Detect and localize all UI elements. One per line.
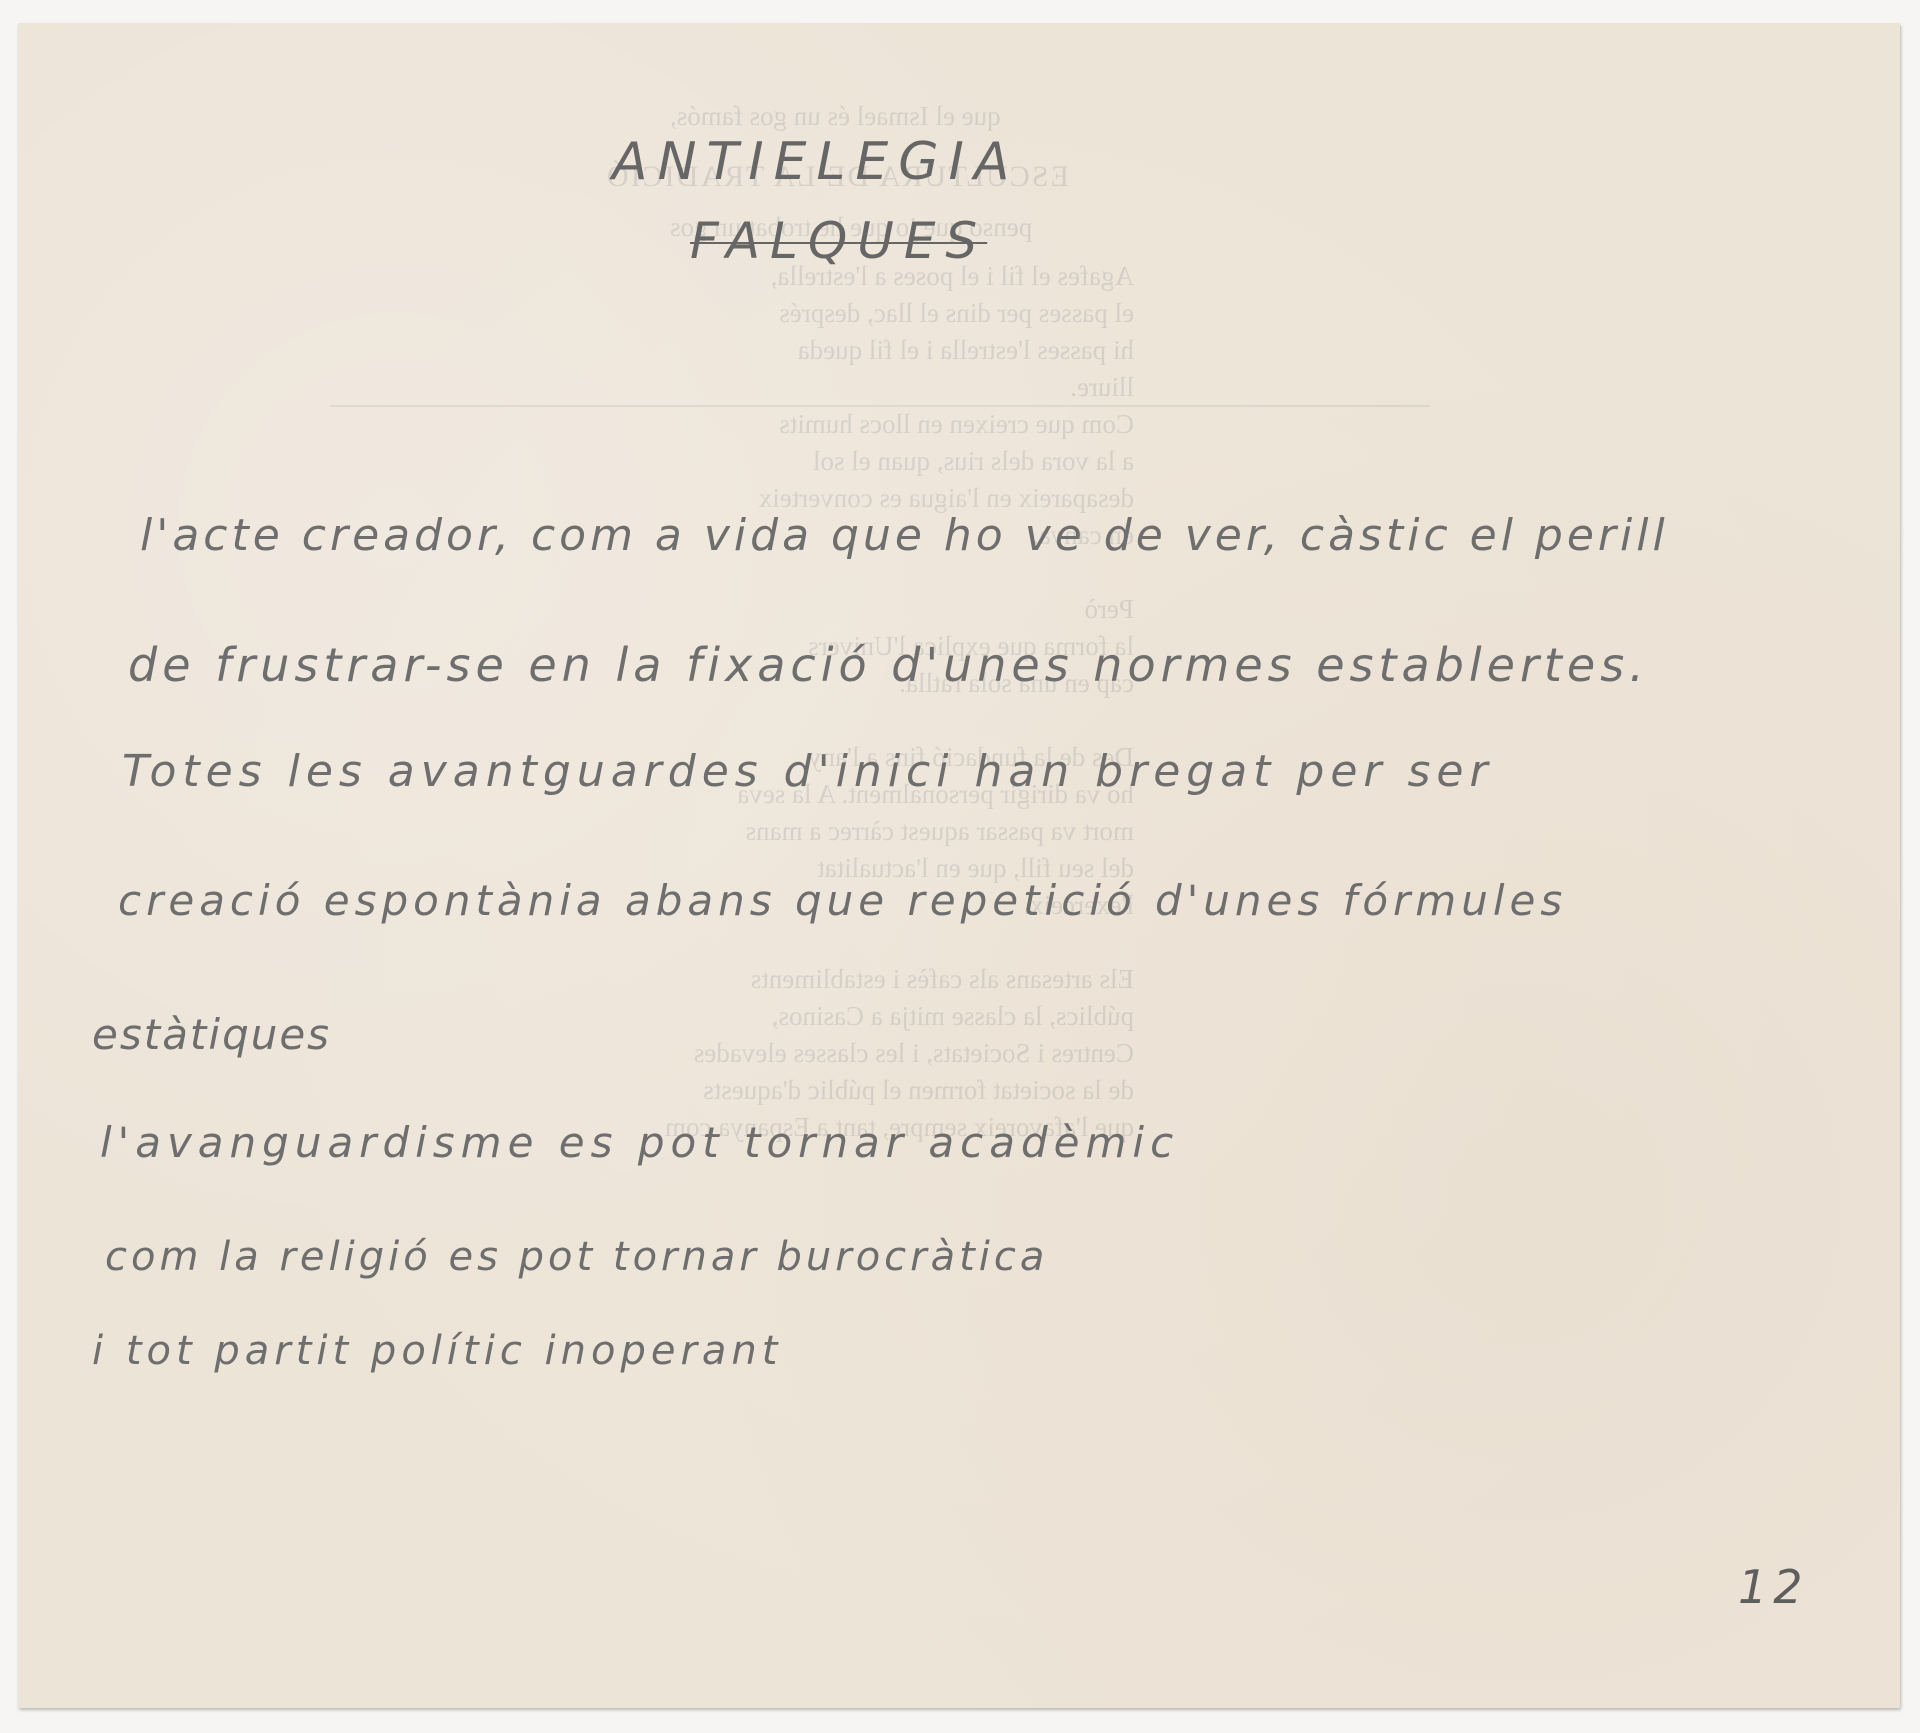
handwritten-line-4: creació espontània abans que repetició d…	[118, 876, 1567, 925]
handwritten-line-7: com la religió es pot tornar burocràtica	[105, 1234, 1048, 1280]
showthrough-line: hi passes l'estrella i el fil queda	[665, 332, 1134, 369]
showthrough-line: Centres i Societats, i les classes eleva…	[665, 1035, 1134, 1072]
showthrough-line: Com que creixen en llocs humits	[665, 406, 1134, 443]
showthrough-line	[665, 924, 1134, 961]
manuscript-struck-subtitle: FALQUES	[690, 212, 987, 270]
manuscript-title: ANTIELEGIA	[612, 132, 1019, 192]
handwritten-line-5: estàtiques	[92, 1010, 331, 1059]
showthrough-line: que el Ismael és un gos famós,	[670, 98, 1032, 135]
handwritten-line-3: Totes les avantguardes d'inici han brega…	[122, 746, 1494, 797]
showthrough-line: públics, la classe mitja a Casinos,	[665, 998, 1134, 1035]
handwritten-line-6: l'avanguardisme es pot tornar acadèmic	[100, 1118, 1179, 1167]
showthrough-line: de la societat formen el públic d'aquest…	[665, 1072, 1134, 1109]
showthrough-line: a la vora dels rius, quan el sol	[665, 443, 1134, 480]
showthrough-line: lliure.	[665, 369, 1134, 406]
handwritten-line-1: l'acte creador, com a vida que ho ve de …	[140, 510, 1669, 561]
showthrough-body: Agafes el fil i el poses a l'estrella,el…	[665, 258, 1134, 1146]
showthrough-line	[665, 702, 1134, 739]
page-number: 12	[1738, 1560, 1809, 1614]
showthrough-line: el passes per dins el llac, després	[665, 295, 1134, 332]
handwritten-line-8: i tot partit polític inoperant	[92, 1328, 782, 1374]
showthrough-line: Però	[665, 591, 1134, 628]
showthrough-line: Els artesans als cafès i establiments	[665, 961, 1134, 998]
showthrough-line: mort va passar aquest càrrec a mans	[665, 813, 1134, 850]
handwritten-line-2: de frustrar-se en la fixació d'unes norm…	[128, 638, 1649, 692]
